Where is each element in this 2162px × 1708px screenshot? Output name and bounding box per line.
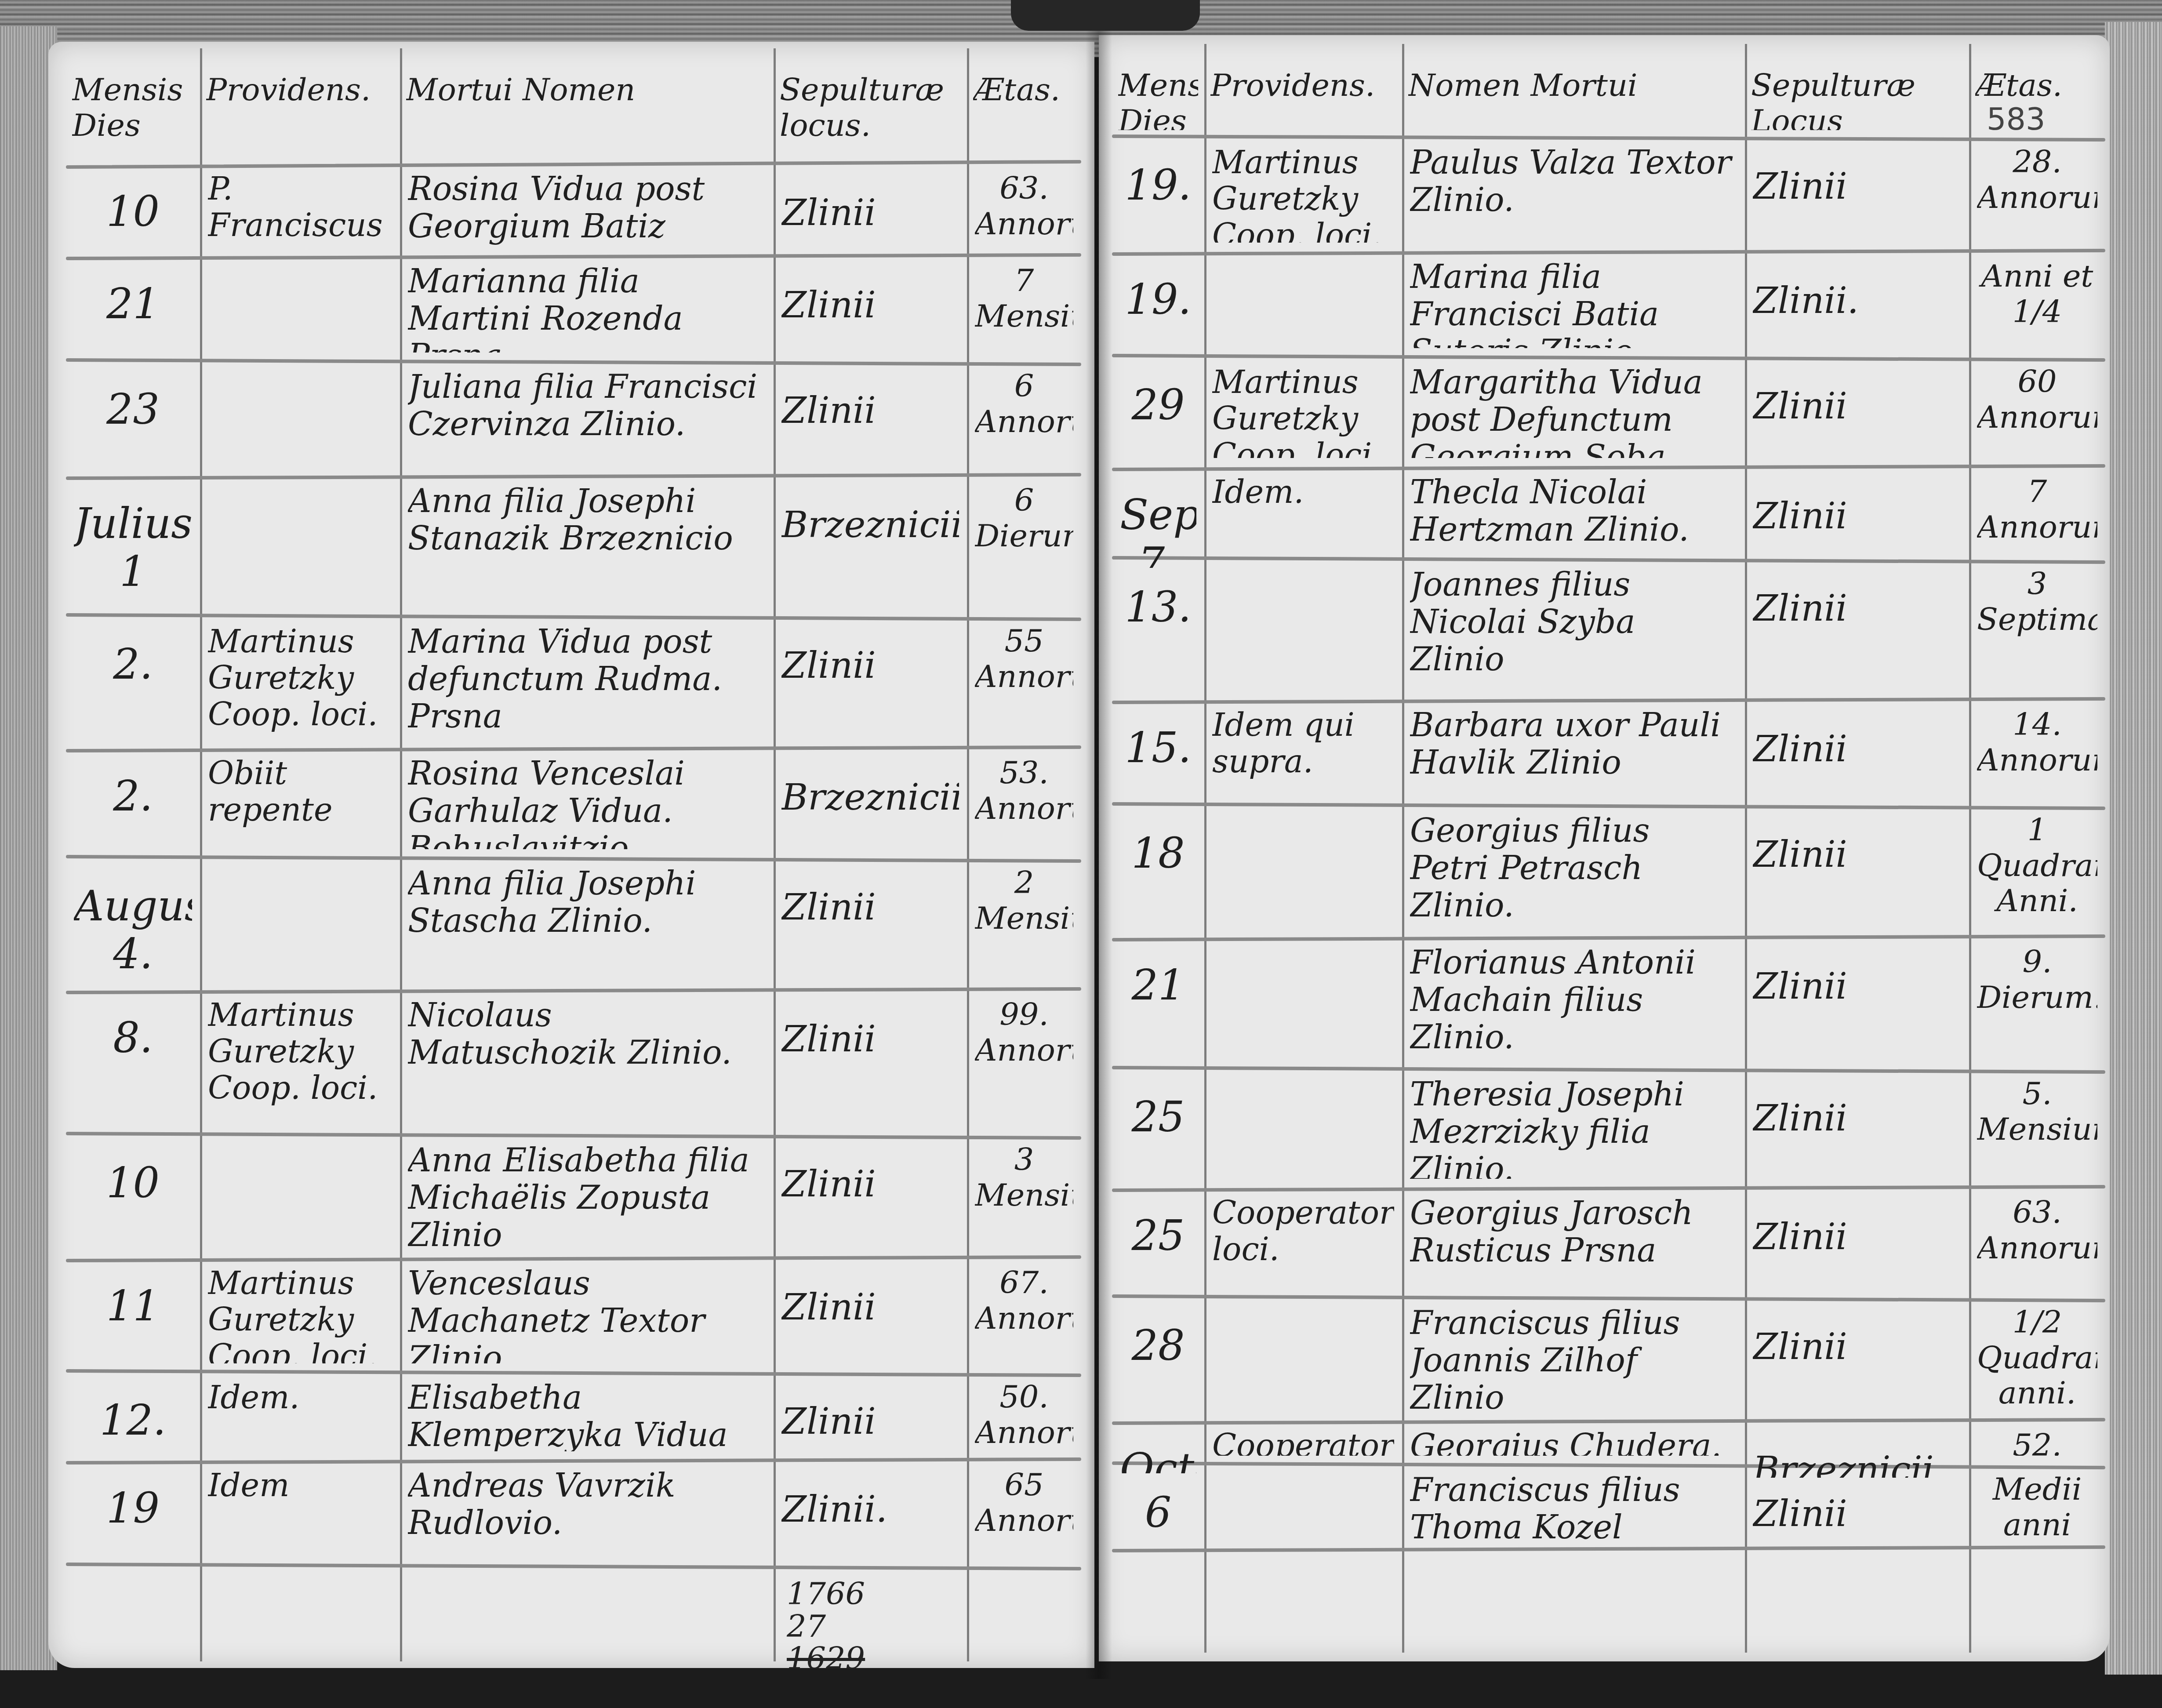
entry-age: 28. Annorum [1977, 144, 2097, 243]
entry-burial-place: Zlinii [781, 263, 959, 374]
entry-day: 29 [1120, 364, 1196, 476]
entry-burial-place: Zlinii [781, 623, 959, 761]
entry-burial-place: Zlinii [1753, 474, 1961, 572]
entry-deceased-name: Margaritha Vidua post Defunctum Georgium… [1410, 364, 1737, 458]
entry-day: 23 [74, 368, 192, 484]
entry-burial-place: Brzeznicii [1753, 1428, 1961, 1478]
entry-age: 3 Mensium [975, 1142, 1073, 1249]
entry-day: Julius 1 [74, 483, 192, 625]
entry-providens [1212, 944, 1394, 1060]
entry-age: 99. Annorum [975, 997, 1073, 1126]
entry-day: 19 [74, 1467, 192, 1574]
entry-day: 25 [1120, 1195, 1196, 1306]
entry-providens: Obiit repente [208, 755, 392, 849]
entry-age: 55 Annorum [975, 623, 1073, 739]
entry-providens: Martinus Guretzky Coop. loci. [1212, 364, 1394, 458]
page-number: 583 [1987, 101, 2046, 137]
entry-day: 2. [74, 755, 192, 867]
entry-age: 1/2 Quadranti anni. [1977, 1305, 2097, 1412]
entry-burial-place: Zlinii [781, 171, 959, 269]
entry-providens [1212, 1305, 1394, 1412]
entry-deceased-name: Juliana filia Francisci Czervinza Zlinio… [408, 368, 766, 467]
entry-day: 21 [1120, 944, 1196, 1078]
entry-age: 63. Annorum [975, 171, 1073, 247]
entry-day: 25 [1120, 1076, 1196, 1196]
entry-deceased-name: Anna filia Josephi Stascha Zlinio. [408, 865, 766, 981]
entry-deceased-name: Rosina Vidua post Georgium Batiz Pastori… [408, 171, 766, 247]
entry-providens [1212, 258, 1394, 348]
entry-burial-place: Zlinii. [781, 1467, 959, 1579]
column-rule [400, 48, 402, 1661]
entry-burial-place: Zlinii [1753, 1076, 1961, 1201]
entry-providens [208, 865, 392, 981]
entry-age: 53. Annorum [975, 755, 1073, 849]
margin-note-line: 1766 [787, 1578, 865, 1610]
margin-note-line: 27 [787, 1610, 865, 1643]
margin-note-years: 1766 27 1629 [787, 1578, 865, 1675]
book-right-page-edges [2105, 22, 2162, 1675]
entry-day: 13. [1120, 566, 1196, 709]
column-header-providens: Providens. [1210, 68, 1396, 130]
entry-age: Anni et 1/4 [1977, 258, 2097, 348]
entry-providens [1212, 1076, 1394, 1179]
entry-providens: Martinus Guretzky Coop. loci. [208, 623, 392, 739]
entry-age: 5. Mensium. [1977, 1076, 2097, 1179]
entry-age: 7 Annorum [1977, 474, 2097, 550]
entry-day: 8. [74, 997, 192, 1144]
entry-deceased-name: Florianus Antonii Machain filius Zlinio. [1410, 944, 1737, 1060]
entry-deceased-name: Marianna filia Martini Rozenda Prsna [408, 263, 766, 353]
entry-deceased-name: Andreas Vavrzik Rudlovio. [408, 1467, 766, 1557]
entry-day: 11 [74, 1265, 192, 1381]
entry-deceased-name: Marina Vidua post defunctum Rudma. Prsna [408, 623, 766, 739]
entry-burial-place: Zlinii [1753, 566, 1961, 713]
column-rule [1969, 44, 1971, 1653]
book-clasp [1011, 0, 1200, 31]
entry-providens: Martinus Guretzky Coop. loci. [208, 1265, 392, 1363]
entry-day: 6 [1120, 1472, 1196, 1557]
entry-burial-place: Zlinii [781, 1142, 959, 1271]
column-rule [1745, 44, 1747, 1653]
entry-providens [208, 263, 392, 353]
entry-burial-place: Zlinii [781, 865, 959, 1003]
entry-providens: Martinus Guretzky Coop. loci. [1212, 144, 1394, 243]
entry-providens: P. Franciscus Ninger Parochus loci. [208, 171, 392, 247]
entry-deceased-name: Georgius filius Petri Petrasch Zlinio. [1410, 812, 1737, 928]
entry-providens [1212, 812, 1394, 928]
column-header-mensis-dies: Mensis Dies [1118, 68, 1198, 130]
entry-providens [1212, 1472, 1394, 1539]
entry-providens: Idem. [208, 1379, 392, 1451]
entry-day: 18 [1120, 812, 1196, 946]
entry-age: 7 Mensium [975, 263, 1073, 353]
column-rule [1402, 44, 1404, 1653]
entry-age: 14. Annorum. [1977, 707, 2097, 796]
column-header-nomen: Nomen Mortui [1408, 68, 1739, 130]
entry-burial-place: Zlinii [1753, 144, 1961, 265]
entry-providens: Idem [208, 1467, 392, 1557]
entry-deceased-name: Thecla Nicolai Hertzman Zlinio. [1410, 474, 1737, 550]
entry-deceased-name: Georgius Jarosch Rusticus Prsna [1410, 1195, 1737, 1289]
margin-note-line: 1629 [787, 1643, 865, 1675]
entry-day: 10 [74, 171, 192, 265]
entry-day: 28 [1120, 1305, 1196, 1429]
entry-deceased-name: Georgius Chudera. Brzeznicio. [1410, 1428, 1737, 1456]
entry-deceased-name: Venceslaus Machanetz Textor Zlinio. [408, 1265, 766, 1363]
entry-deceased-name: Nicolaus Matuschozik Zlinio. [408, 997, 766, 1126]
entry-age: 9. Dierum. [1977, 944, 2097, 1060]
entry-age: 52. Annorum [1977, 1428, 2097, 1456]
entry-deceased-name: Rosina Venceslai Garhulaz Vidua. Bohusla… [408, 755, 766, 849]
entry-deceased-name: Franciscus filius Joannis Zilhof Zlinio [1410, 1305, 1737, 1412]
entry-burial-place: Zlinii [781, 997, 959, 1148]
entry-burial-place: Zlinii [1753, 1472, 1961, 1561]
entry-providens [208, 1142, 392, 1249]
column-header-mensis-dies: Mensis Dies [72, 72, 194, 156]
entry-burial-place: Zlinii [781, 1379, 959, 1473]
entry-day: 19. [1120, 144, 1196, 260]
entry-age: 2 Mensium [975, 865, 1073, 981]
column-header-providens: Providens. [206, 72, 394, 156]
entry-deceased-name: Anna filia Josephi Stanazik Brzeznicio [408, 483, 766, 607]
entry-age: 6 Annorum [975, 368, 1073, 467]
entry-age: 1 Quadranti Anni. [1977, 812, 2097, 928]
entry-age: 6 Dierum [975, 483, 1073, 607]
entry-day: 10 [74, 1142, 192, 1267]
entry-deceased-name: Paulus Valza Textor Zlinio. [1410, 144, 1737, 243]
entry-providens: Idem. [1212, 474, 1394, 550]
entry-deceased-name: Franciscus filius Thoma Kozel Prsna. [1410, 1472, 1737, 1539]
column-rule [1204, 44, 1206, 1653]
entry-age: 67. Annorum [975, 1265, 1073, 1363]
entry-day: 15. [1120, 707, 1196, 814]
entry-day: 2. [74, 623, 192, 757]
entry-burial-place: Zlinii [781, 1265, 959, 1385]
entry-age: 50. Annorum [975, 1379, 1073, 1451]
entry-day: 19. [1120, 258, 1196, 366]
entry-burial-place: Zlinii [1753, 707, 1961, 818]
column-header-sepultura: Sepulturæ locus. [780, 72, 961, 156]
entry-deceased-name: Theresia Josephi Mezrzizky filia Zlinio. [1410, 1076, 1737, 1179]
entry-providens: Cooperator loci. [1212, 1195, 1394, 1289]
entry-burial-place: Zlinii [1753, 364, 1961, 480]
column-rule [200, 48, 202, 1661]
entry-deceased-name: Marina filia Francisci Batia Sutoris Zli… [1410, 258, 1737, 348]
entry-deceased-name: Barbara uxor Pauli Havlik Zlinio [1410, 707, 1737, 796]
entry-burial-place: Brzeznicii [781, 483, 959, 629]
entry-burial-place: Zlinii [781, 368, 959, 489]
entry-day: September 7. [1120, 474, 1196, 568]
entry-day: Augustus 4. [74, 865, 192, 999]
entry-burial-place: Zlinii [1753, 1195, 1961, 1311]
entry-day: 12. [74, 1379, 192, 1469]
entry-burial-place: Brzeznicii. [781, 755, 959, 871]
entry-age: 60 Annorum [1977, 364, 2097, 458]
entry-age: 65 Annorum [975, 1467, 1073, 1557]
entry-providens [1212, 566, 1394, 691]
entry-deceased-name: Elisabetha Klemperzyka Vidua Zlinio [408, 1379, 766, 1451]
entry-providens: Idem qui supra. [1212, 707, 1394, 796]
book-gutter [1086, 26, 1112, 1679]
entry-age: 3 Septimanarum. [1977, 566, 2097, 691]
entry-providens [208, 368, 392, 467]
entry-age: Medii anni [1977, 1472, 2097, 1539]
entry-burial-place: Zlinii [1753, 812, 1961, 950]
column-header-nomen: Mortui Nomen [406, 72, 767, 156]
entry-age: 63. Annorum [1977, 1195, 2097, 1289]
entry-day: October 4. [1120, 1428, 1196, 1473]
entry-providens: Cooperator loci. [1212, 1428, 1394, 1456]
column-rule [967, 48, 969, 1661]
column-rule [774, 48, 776, 1661]
entry-providens [208, 483, 392, 607]
entry-burial-place: Zlinii [1753, 1305, 1961, 1434]
entry-deceased-name: Anna Elisabetha filia Michaëlis Zopusta … [408, 1142, 766, 1249]
entry-deceased-name: Joannes filius Nicolai Szyba Zlinio [1410, 566, 1737, 691]
entry-burial-place: Zlinii [1753, 944, 1961, 1082]
entry-providens: Martinus Guretzky Coop. loci. [208, 997, 392, 1126]
column-header-aetas: Ætas. [973, 72, 1075, 156]
entry-day: 21 [74, 263, 192, 370]
entry-burial-place: Zlinii. [1753, 258, 1961, 370]
column-header-sepultura: Sepulturæ Locus [1751, 68, 1963, 130]
